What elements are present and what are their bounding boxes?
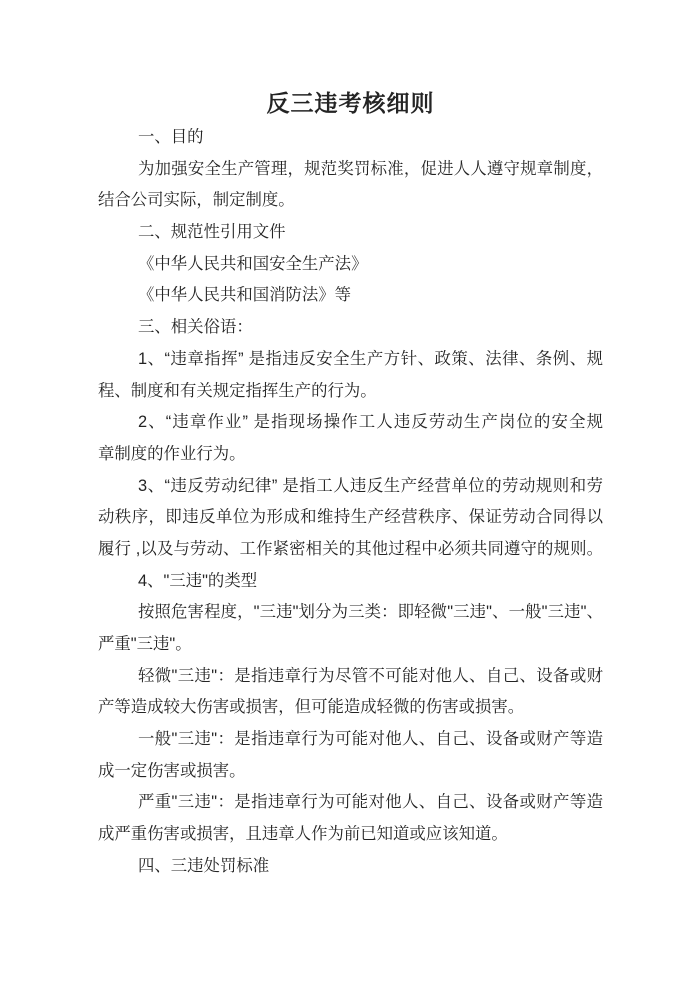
text-line: 产等造成较大伤害或损害，但可能造成轻微的伤害或损害。 (98, 692, 603, 724)
text-line: 程、制度和有关规定指挥生产的行为。 (98, 376, 603, 408)
text-line: 严重"三违"：是指违章行为可能对他人、自己、设备或财产等造 (98, 787, 603, 819)
text-line: 四、三违处罚标准 (98, 851, 603, 883)
text-line: 为加强安全生产管理，规范奖罚标准，促进人人遵守规章制度， (98, 154, 603, 186)
text-line: 一般"三违"：是指违章行为可能对他人、自己、设备或财产等造 (98, 724, 603, 756)
text-line: 轻微"三违"：是指违章行为尽管不可能对他人、自己、设备或财 (98, 661, 603, 693)
text-line: 履行 ,以及与劳动、工作紧密相关的其他过程中必须共同遵守的规则。 (98, 534, 603, 566)
document-body: 一、目的为加强安全生产管理，规范奖罚标准，促进人人遵守规章制度，结合公司实际，制… (98, 122, 603, 883)
text-line: 三、相关俗语： (98, 312, 603, 344)
text-line: 动秩序，即违反单位为形成和维持生产经营秩序、保证劳动合同得以 (98, 502, 603, 534)
text-line: 2、“违章作业” 是指现场操作工人违反劳动生产岗位的安全规 (98, 407, 603, 439)
text-line: 一、目的 (98, 122, 603, 154)
text-line: 结合公司实际，制定制度。 (98, 185, 603, 217)
text-line: 二、规范性引用文件 (98, 217, 603, 249)
text-line: 成严重伤害或损害，且违章人作为前已知道或应该知道。 (98, 819, 603, 851)
text-line: 严重"三违"。 (98, 629, 603, 661)
text-line: 成一定伤害或损害。 (98, 756, 603, 788)
text-line: 章制度的作业行为。 (98, 439, 603, 471)
text-line: 《中华人民共和国安全生产法》 (98, 249, 603, 281)
text-line: 《中华人民共和国消防法》等 (98, 280, 603, 312)
text-line: 1、“违章指挥” 是指违反安全生产方针、政策、法律、条例、规 (98, 344, 603, 376)
document-title: 反三违考核细则 (98, 87, 603, 120)
text-line: 4、"三违"的类型 (98, 566, 603, 598)
text-line: 按照危害程度，"三违"划分为三类：即轻微"三违"、一般"三违"、 (98, 597, 603, 629)
document-page: 反三违考核细则 一、目的为加强安全生产管理，规范奖罚标准，促进人人遵守规章制度，… (0, 0, 700, 990)
text-line: 3、“违反劳动纪律” 是指工人违反生产经营单位的劳动规则和劳 (98, 471, 603, 503)
